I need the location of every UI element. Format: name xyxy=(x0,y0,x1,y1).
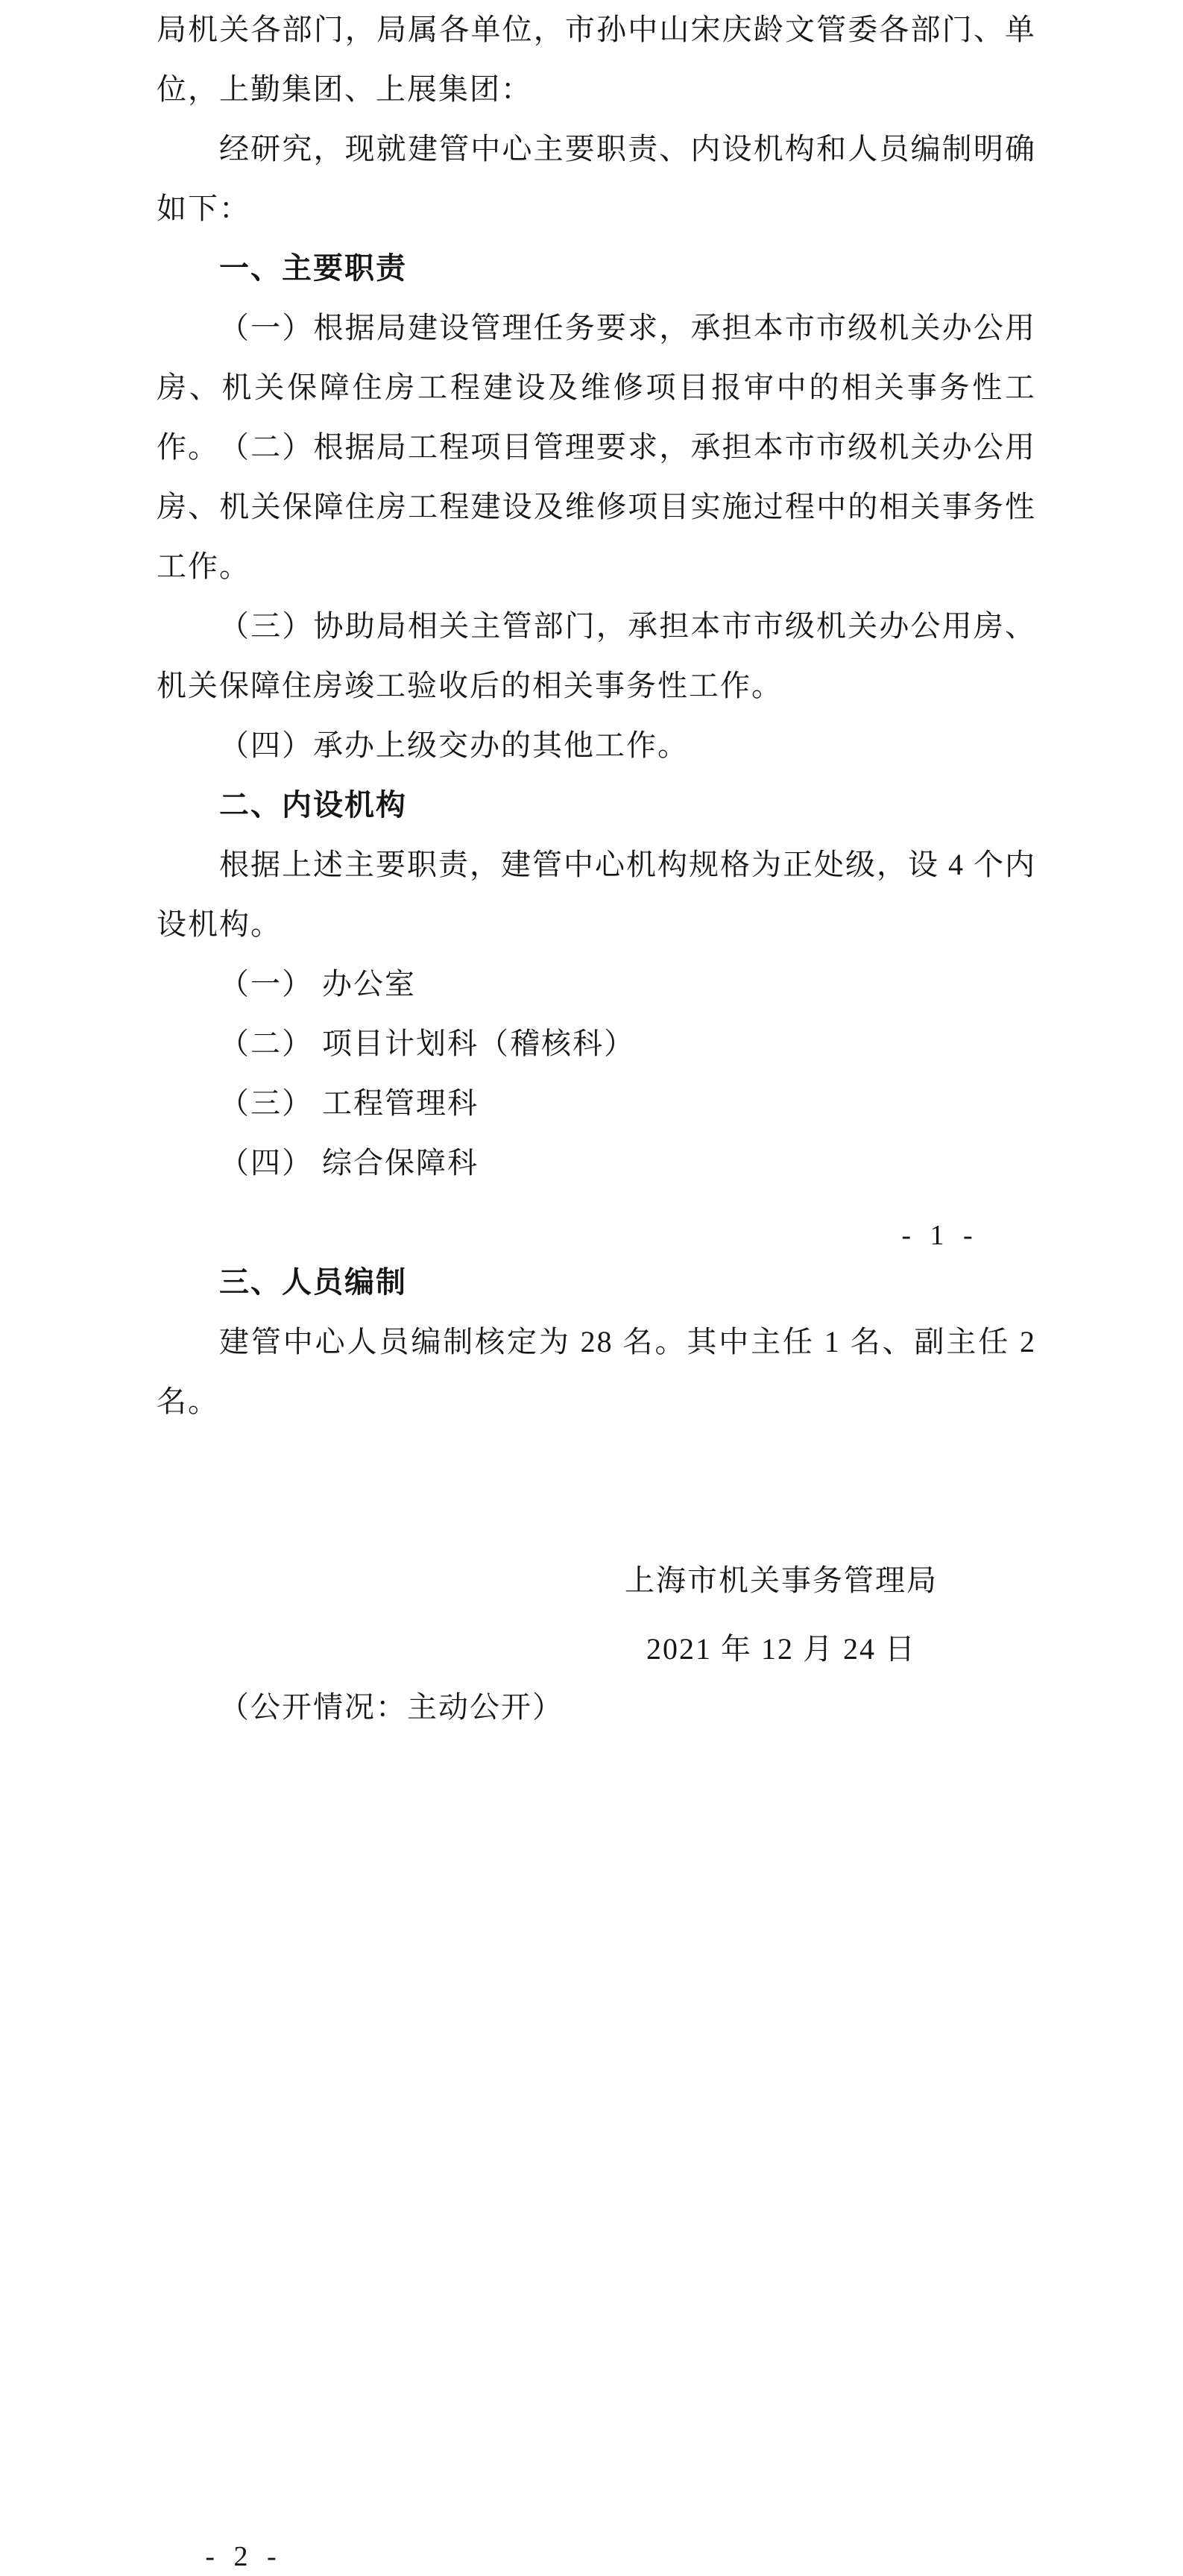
page1-number: - 1 - xyxy=(892,1218,988,1253)
section2-intro: 根据上述主要职责，建管中心机构规格为正处级，设 4 个内设机构。 xyxy=(157,835,1036,954)
section2-heading: 二、内设机构 xyxy=(157,775,1036,835)
section2-item-3: （三） 工程管理科 xyxy=(157,1074,1036,1133)
document-page: 局机关各部门，局属各单位，市孙中山宋庆龄文管委各部门、单位，上勤集团、上展集团：… xyxy=(0,0,1183,2576)
page2-number: - 2 - xyxy=(195,2539,292,2574)
section2-item-4: （四） 综合保障科 xyxy=(157,1133,1036,1193)
signature-date: 2021 年 12 月 24 日 xyxy=(625,1628,938,1670)
signature-issuer: 上海市机关事务管理局 xyxy=(625,1560,938,1602)
section1-heading: 一、主要职责 xyxy=(157,239,1036,298)
section1-item-2: （二）根据局工程项目管理要求，承担本市市级机关办公用房、机关保障住房工程建设及维… xyxy=(157,418,1036,596)
section2-item-2: （二） 项目计划科（稽核科） xyxy=(157,1014,1036,1074)
disclosure-note: （公开情况：主动公开） xyxy=(157,1678,1036,1737)
section2-item-1: （一） 办公室 xyxy=(157,954,1036,1014)
section3-body: 建管中心人员编制核定为 28 名。其中主任 1 名、副主任 2 名。 xyxy=(157,1312,1036,1432)
section3-heading: 三、人员编制 xyxy=(157,1253,1036,1312)
paragraph-addressee: 局机关各部门，局属各单位，市孙中山宋庆龄文管委各部门、单位，上勤集团、上展集团： xyxy=(157,0,1036,119)
paragraph-intro: 经研究，现就建管中心主要职责、内设机构和人员编制明确如下： xyxy=(157,119,1036,239)
section1-item-3: （三）协助局相关主管部门，承担本市市级机关办公用房、机关保障住房竣工验收后的相关… xyxy=(157,596,1036,716)
section1-item-4: （四）承办上级交办的其他工作。 xyxy=(157,716,1036,775)
